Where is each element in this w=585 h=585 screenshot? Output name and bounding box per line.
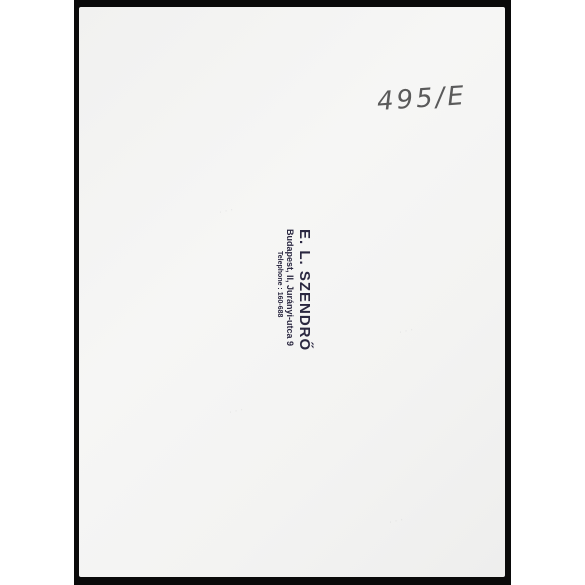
faint-watermark: · · · — [218, 206, 234, 219]
stamp-address: Budapest, II, Jurányi-utca 9 — [284, 229, 296, 369]
photo-frame: · · · · · · · · · · · · 495/E E. L. SZEN… — [74, 0, 511, 585]
photographer-stamp: E. L. SZENDRŐ Budapest, II, Jurányi-utca… — [212, 229, 312, 369]
stamp-telephone: Telephone : 160-688 — [274, 229, 284, 369]
handwritten-inventory-number: 495/E — [376, 81, 468, 117]
stamp-name: E. L. SZENDRŐ — [296, 229, 312, 369]
faint-watermark: · · · — [228, 406, 244, 419]
faint-watermark: · · · — [388, 516, 404, 529]
photo-back-paper: · · · · · · · · · · · · 495/E E. L. SZEN… — [79, 7, 505, 577]
faint-watermark: · · · — [398, 326, 414, 339]
